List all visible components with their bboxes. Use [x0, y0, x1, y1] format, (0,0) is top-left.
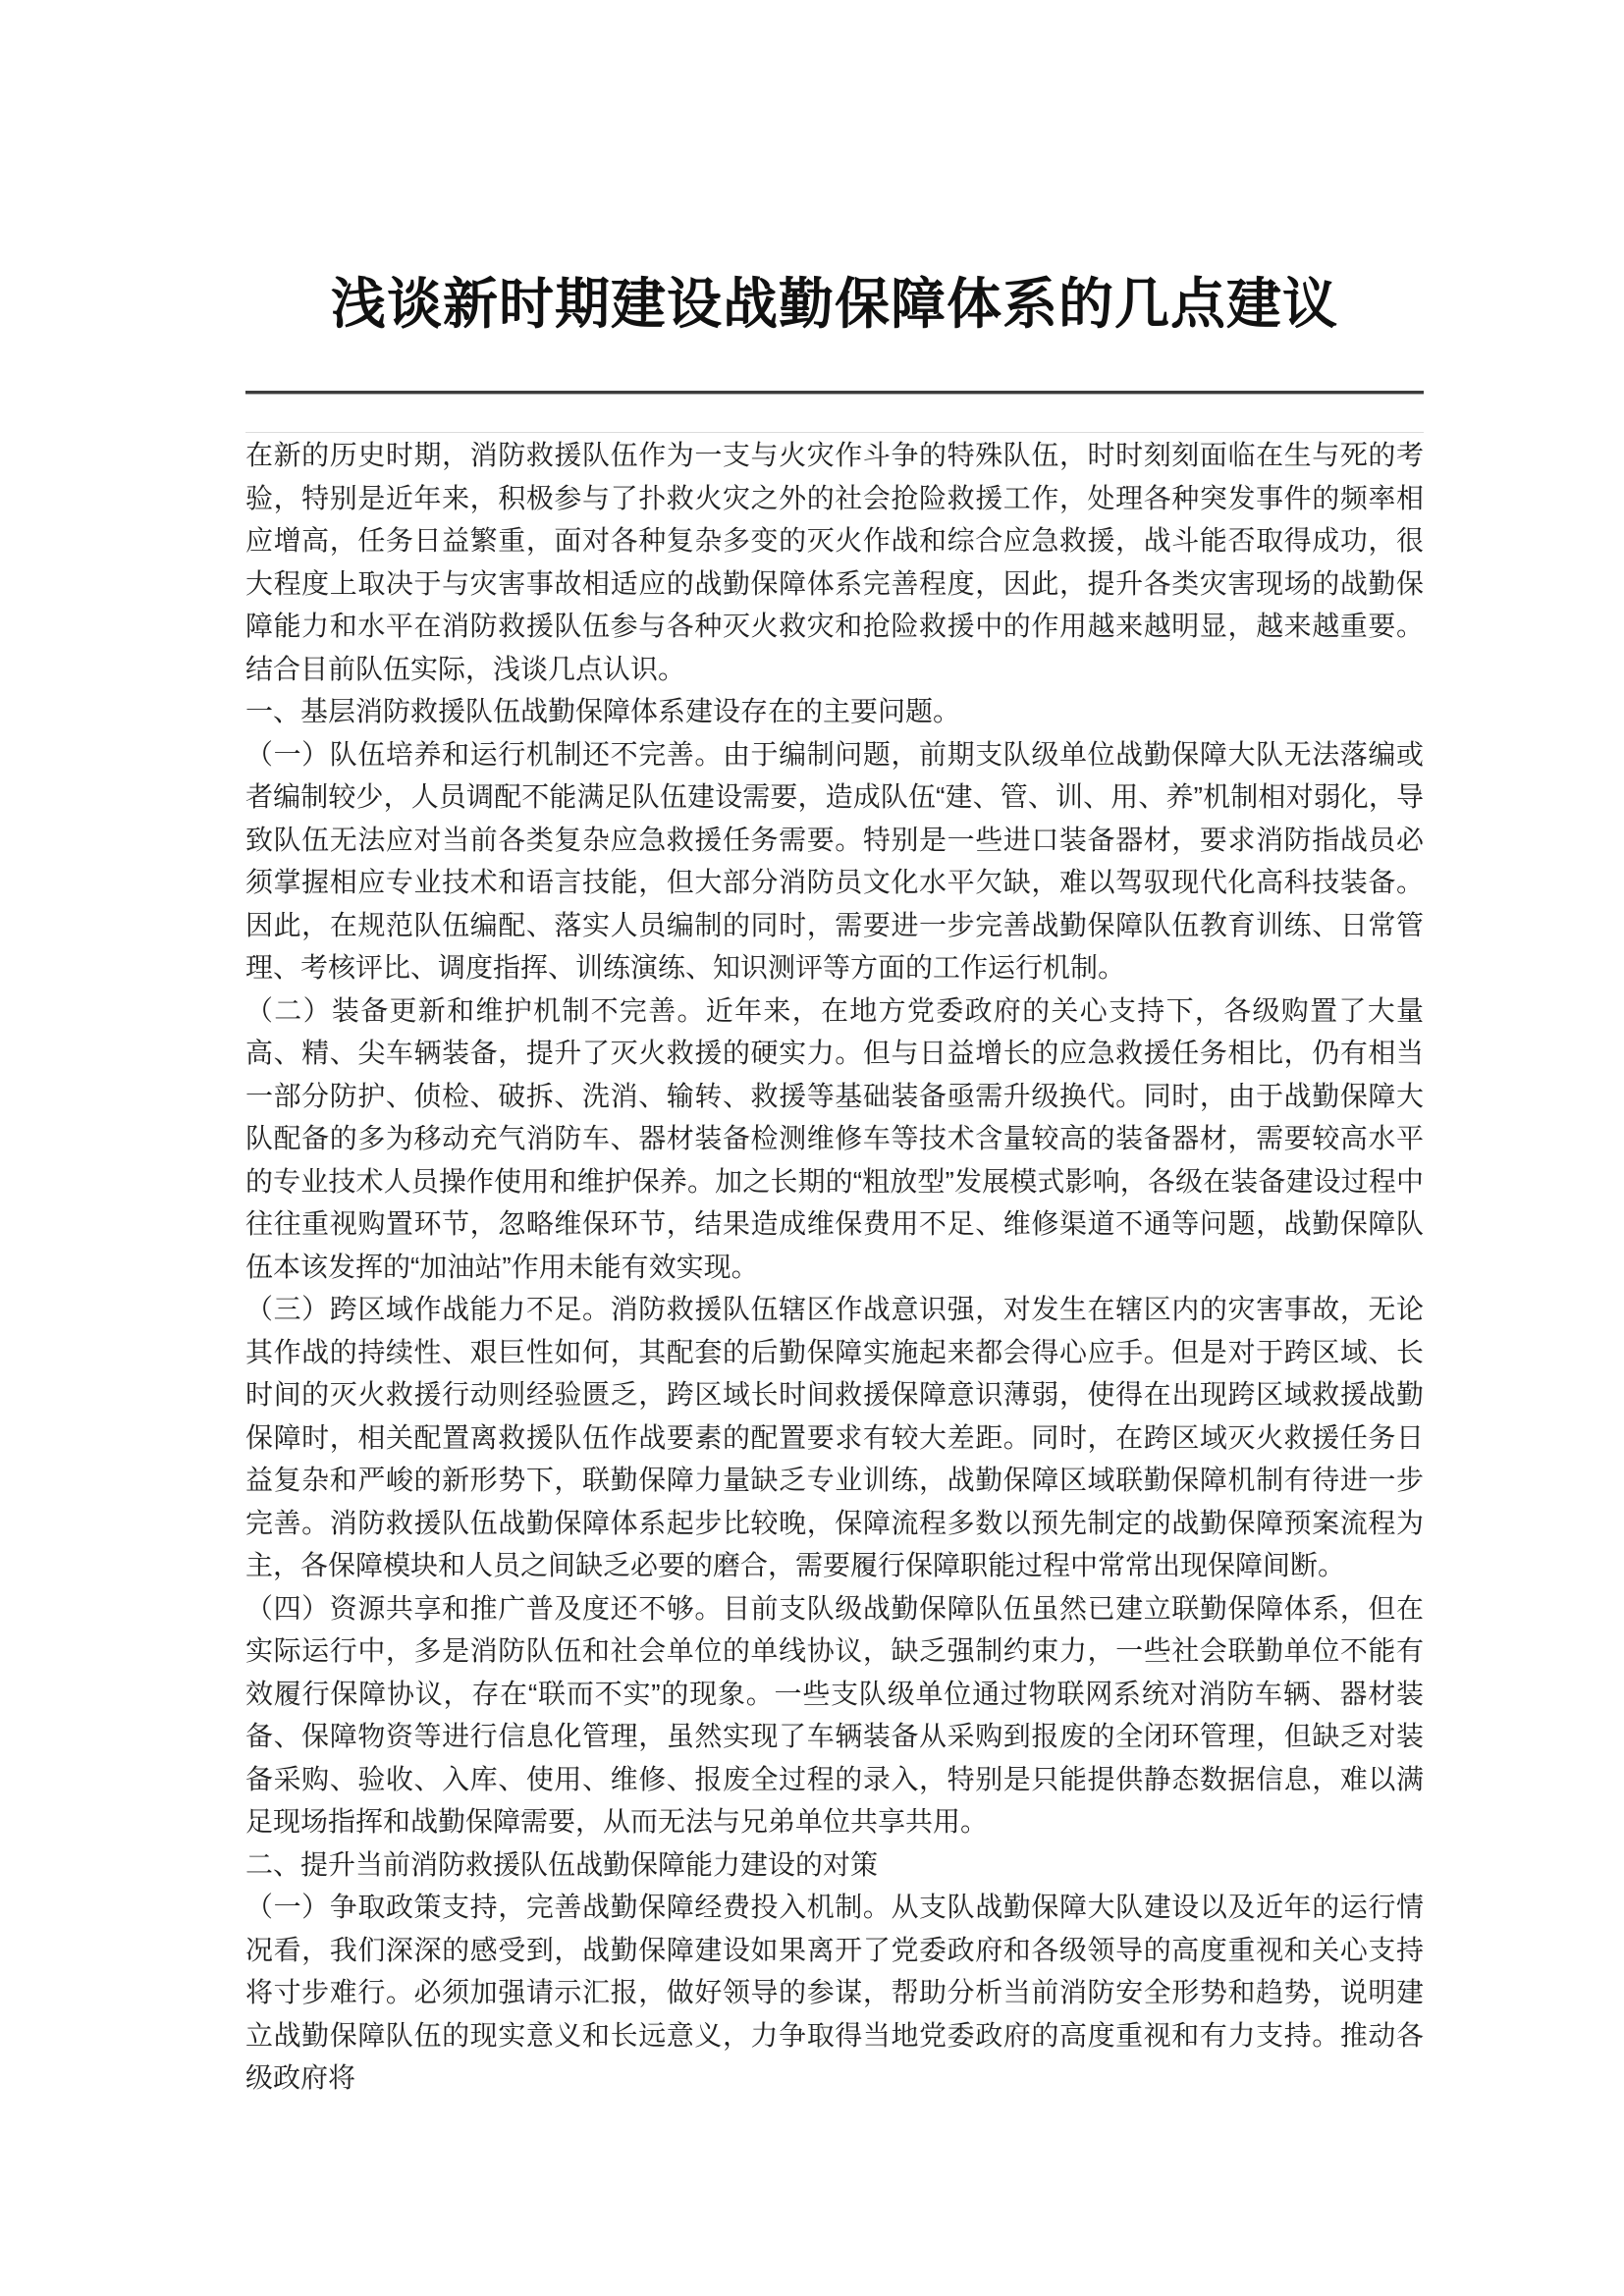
intro-paragraph: 在新的历史时期，消防救援队伍作为一支与火灾作斗争的特殊队伍，时时刻刻面临在生与死…: [245, 434, 1424, 690]
title-divider: [245, 391, 1424, 395]
paragraph-problem-1: （一）队伍培养和运行机制还不完善。由于编制问题，前期支队级单位战勤保障大队无法落…: [245, 733, 1424, 989]
section-heading-problems: 一、基层消防救援队伍战勤保障体系建设存在的主要问题。: [245, 690, 1424, 733]
document-body: 在新的历史时期，消防救援队伍作为一支与火灾作斗争的特殊队伍，时时刻刻面临在生与死…: [245, 434, 1424, 2100]
paragraph-problem-4: （四）资源共享和推广普及度还不够。目前支队级战勤保障队伍虽然已建立联勤保障体系，…: [245, 1587, 1424, 1843]
paragraph-problem-3: （三）跨区域作战能力不足。消防救援队伍辖区作战意识强，对发生在辖区内的灾害事故，…: [245, 1288, 1424, 1587]
paragraph-problem-2: （二）装备更新和维护机制不完善。近年来，在地方党委政府的关心支持下，各级购置了大…: [245, 989, 1424, 1289]
document-title: 浅谈新时期建设战勤保障体系的几点建议: [245, 0, 1424, 332]
body-top-divider: [245, 432, 1424, 433]
document-content: 浅谈新时期建设战勤保障体系的几点建议 在新的历史时期，消防救援队伍作为一支与火灾…: [245, 0, 1424, 2100]
section-heading-countermeasures: 二、提升当前消防救援队伍战勤保障能力建设的对策: [245, 1843, 1424, 1887]
paragraph-countermeasure-1: （一）争取政策支持，完善战勤保障经费投入机制。从支队战勤保障大队建设以及近年的运…: [245, 1886, 1424, 2100]
document-page: 浅谈新时期建设战勤保障体系的几点建议 在新的历史时期，消防救援队伍作为一支与火灾…: [0, 0, 1624, 2296]
